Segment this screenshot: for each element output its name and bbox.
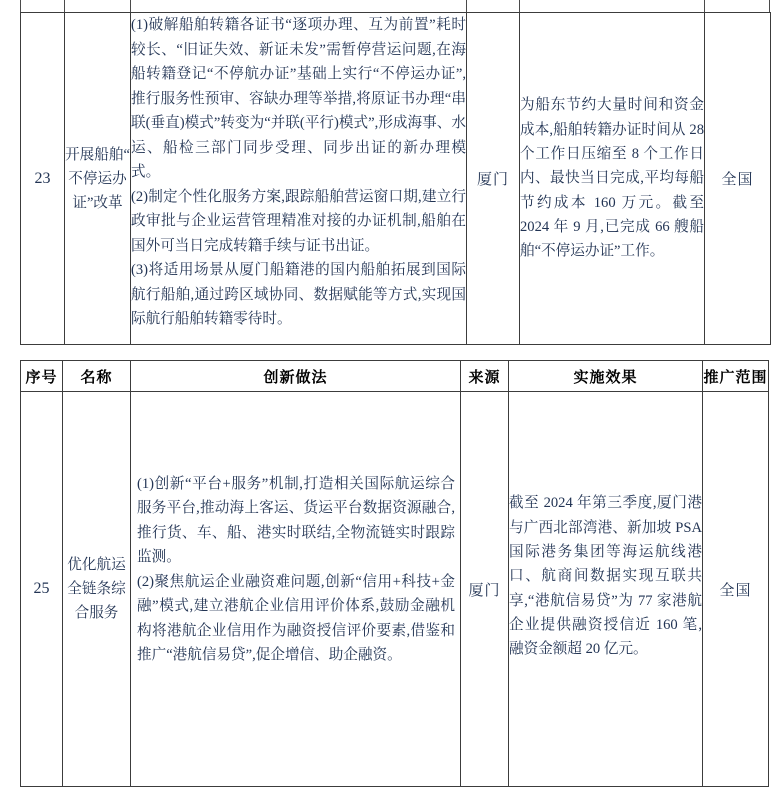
table-row: 25 优化航运全链条综合服务 (1)创新“平台+服务”机制,打造相关国际航运综合… xyxy=(21,392,769,787)
header-practices: 创新做法 xyxy=(131,361,461,392)
table-row: 23 开展船舶“不停运办证”改革 (1)破解船舶转籍各证书“逐项办理、互为前置”… xyxy=(21,13,771,345)
source-cell: 厦门 xyxy=(461,392,509,787)
practices-cell: (1)破解船舶转籍各证书“逐项办理、互为前置”耗时较长、“旧证失效、新证未发”需… xyxy=(131,13,467,345)
table-header-row: 序号 名称 创新做法 来源 实施效果 推广范围 xyxy=(21,361,769,392)
name-cell: 开展船舶“不停运办证”改革 xyxy=(65,13,131,345)
effect-cell: 截至 2024 年第三季度,厦门港与广西北部湾港、新加坡 PSA 国际港务集团等… xyxy=(509,392,703,787)
header-effect: 实施效果 xyxy=(509,361,703,392)
practices-cell: (1)创新“平台+服务”机制,打造相关国际航运综合服务平台,推动海上客运、货运平… xyxy=(131,392,461,787)
practice-table-row-25: 序号 名称 创新做法 来源 实施效果 推广范围 25 优化航运全链条综合服务 (… xyxy=(20,360,769,787)
document-page: 23 开展船舶“不停运办证”改革 (1)破解船舶转籍各证书“逐项办理、互为前置”… xyxy=(0,0,780,800)
header-name: 名称 xyxy=(63,361,131,392)
effect-cell: 为船东节约大量时间和资金成本,船舶转籍办证时间从 28 个工作日压缩至 8 个工… xyxy=(520,13,705,345)
scope-cell: 全国 xyxy=(705,13,771,345)
source-cell: 厦门 xyxy=(467,13,520,345)
seq-cell: 25 xyxy=(21,392,63,787)
name-cell: 优化航运全链条综合服务 xyxy=(63,392,131,787)
practice-table-row-23: 23 开展船舶“不停运办证”改革 (1)破解船舶转籍各证书“逐项办理、互为前置”… xyxy=(20,12,771,345)
effect-text: 截至 2024 年第三季度,厦门港与广西北部湾港、新加坡 PSA 国际港务集团等… xyxy=(509,491,702,661)
practices-text: (1)破解船舶转籍各证书“逐项办理、互为前置”耗时较长、“旧证失效、新证未发”需… xyxy=(131,13,466,332)
seq-cell: 23 xyxy=(21,13,65,345)
header-source: 来源 xyxy=(461,361,509,392)
header-seq: 序号 xyxy=(21,361,63,392)
practices-text: (1)创新“平台+服务”机制,打造相关国际航运综合服务平台,推动海上客运、货运平… xyxy=(137,472,455,668)
scope-cell: 全国 xyxy=(703,392,769,787)
effect-text: 为船东节约大量时间和资金成本,船舶转籍办证时间从 28 个工作日压缩至 8 个工… xyxy=(520,93,704,263)
header-scope: 推广范围 xyxy=(703,361,769,392)
